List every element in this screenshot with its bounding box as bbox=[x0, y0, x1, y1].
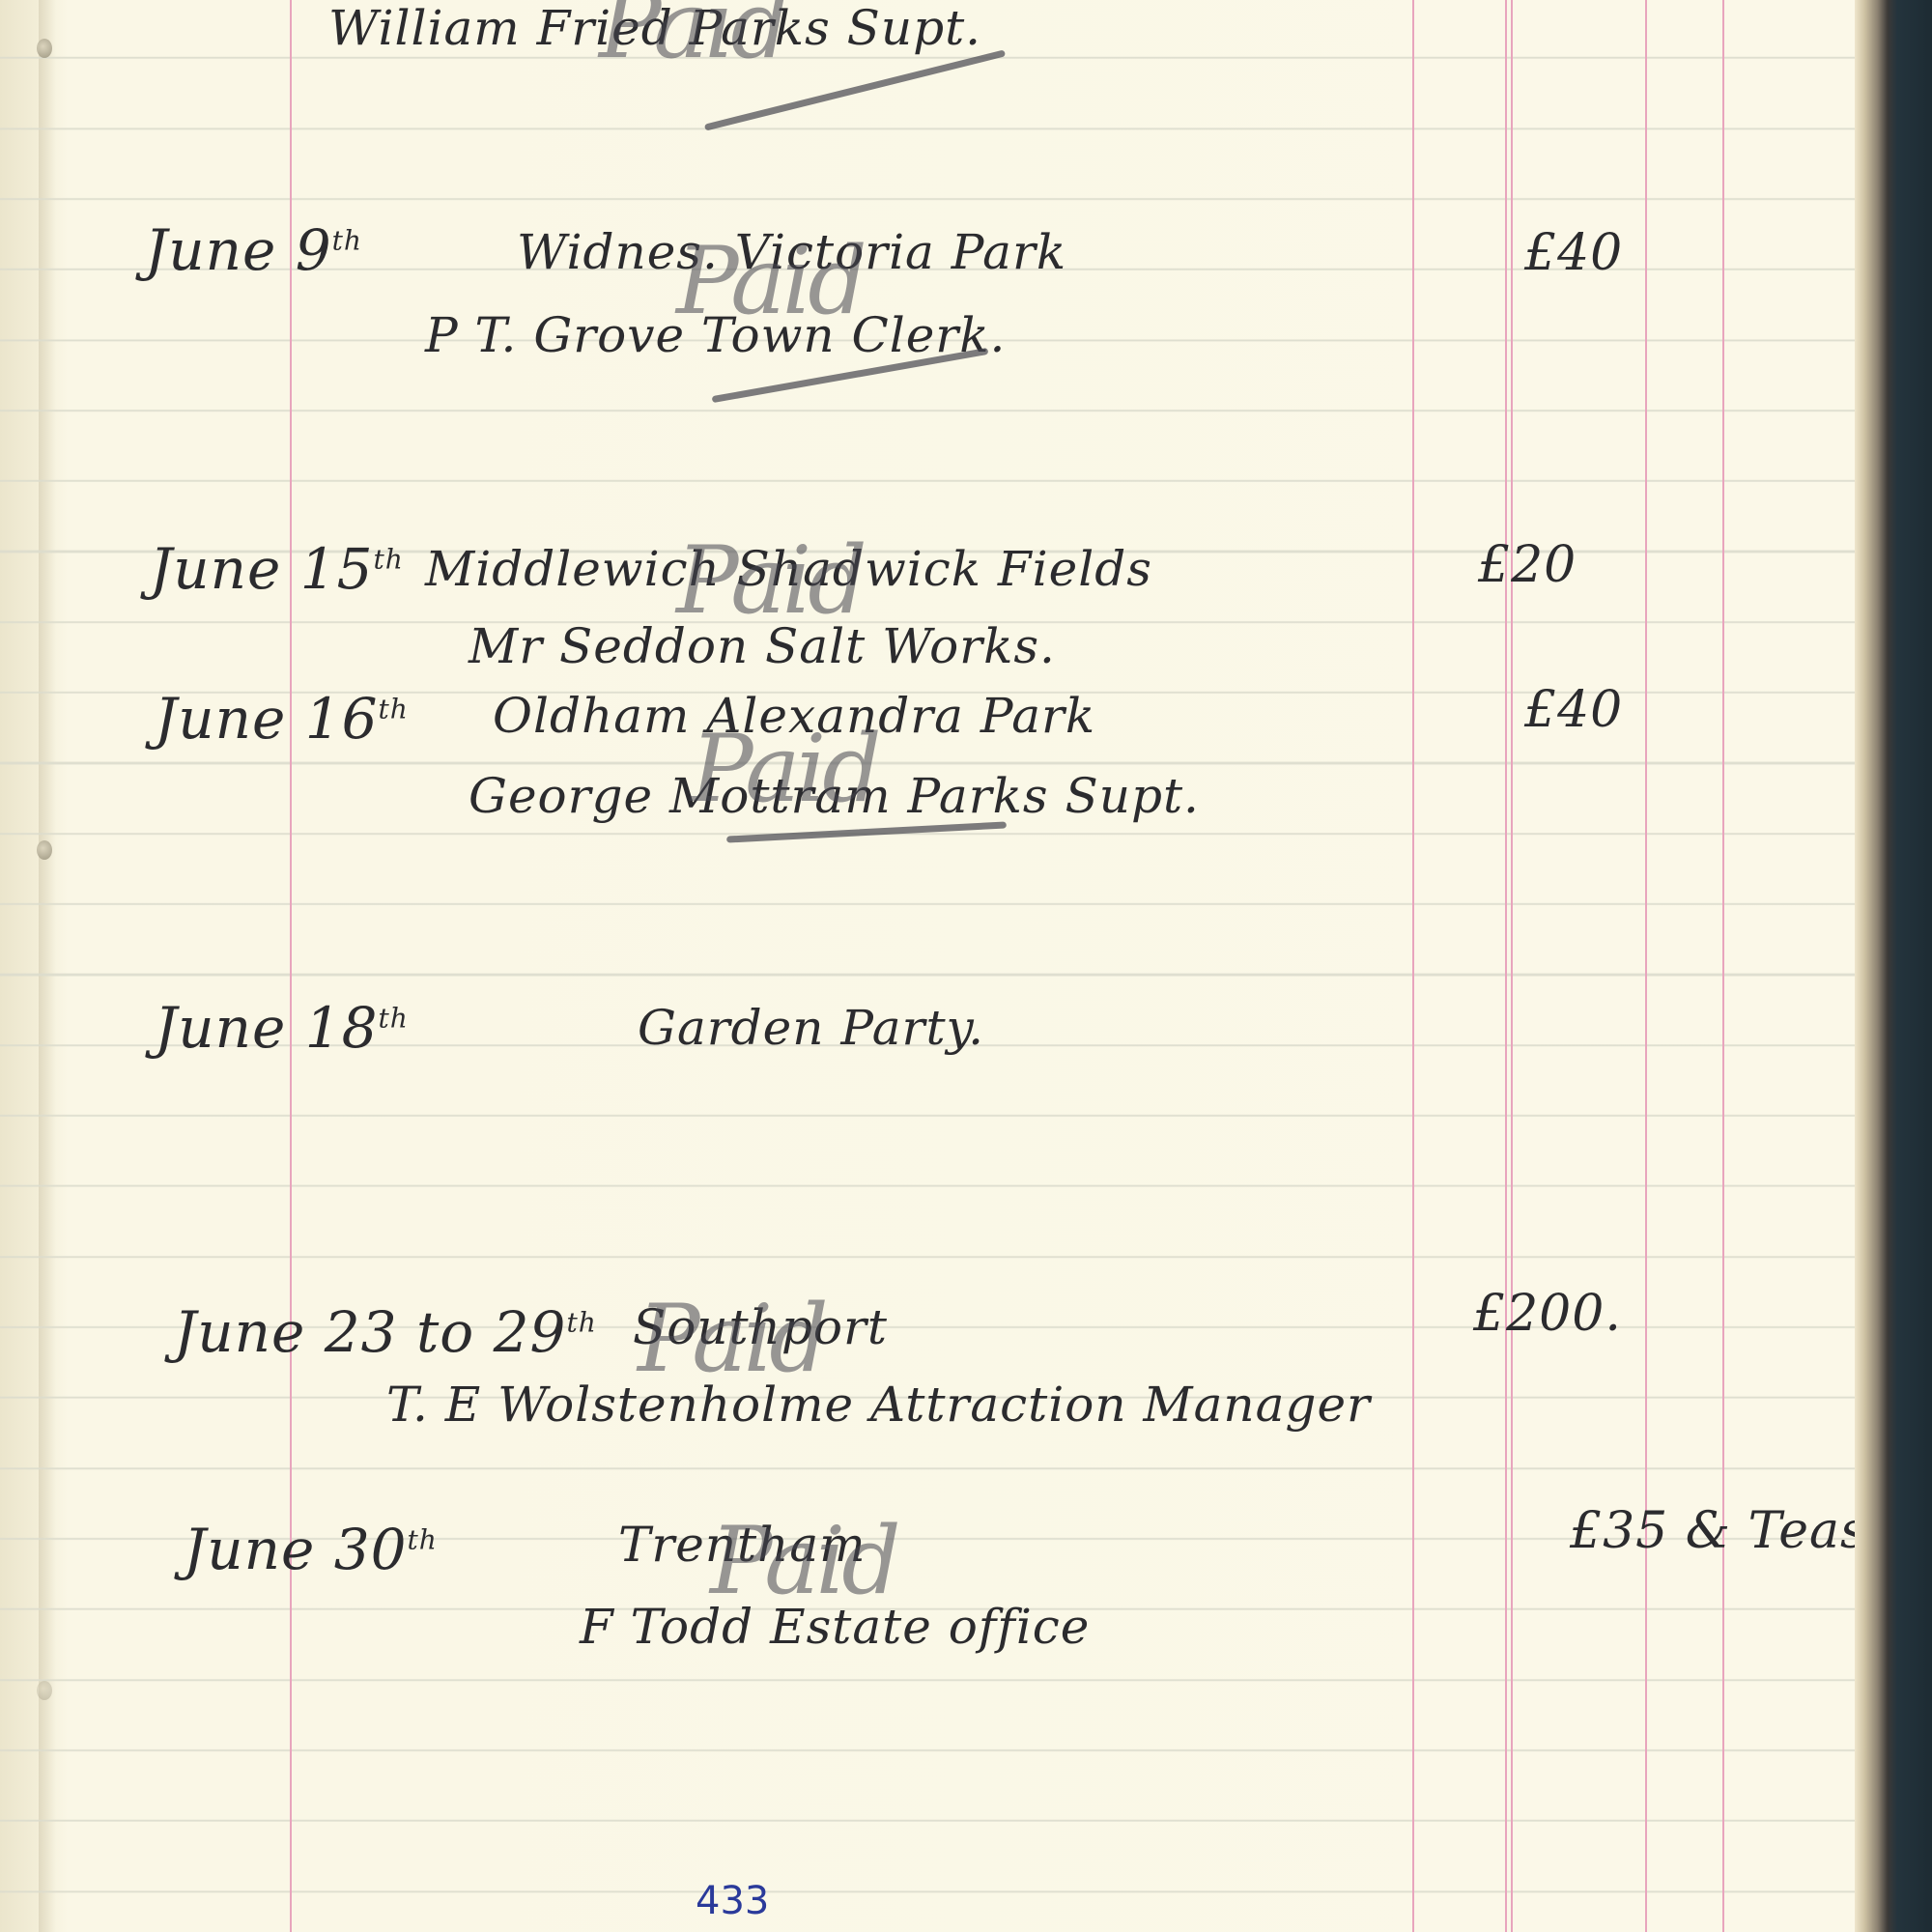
date-day: June 9 bbox=[145, 217, 332, 283]
page-number: 433 bbox=[696, 1879, 769, 1923]
paid-stamp: Paid bbox=[599, 0, 786, 79]
date-day: June 15 bbox=[150, 536, 374, 602]
entry-line: Garden Party. bbox=[638, 1000, 984, 1056]
date-suffix: th bbox=[408, 1524, 438, 1556]
column-rule-4 bbox=[1722, 0, 1724, 1932]
entry-amount: £200. bbox=[1473, 1285, 1622, 1343]
binding-hole bbox=[37, 1681, 52, 1700]
margin-rule-left bbox=[290, 0, 292, 1932]
column-rule-1 bbox=[1412, 0, 1414, 1932]
entry-amount: £35 & Teas. bbox=[1570, 1502, 1884, 1560]
entry-date: June 30th bbox=[184, 1517, 438, 1582]
paid-stamp: Paid bbox=[638, 1285, 825, 1393]
date-suffix: th bbox=[379, 1003, 409, 1035]
book-binding bbox=[1855, 0, 1932, 1932]
column-rule-2b bbox=[1511, 0, 1513, 1932]
date-suffix: th bbox=[374, 544, 404, 576]
date-suffix: th bbox=[566, 1307, 596, 1339]
date-suffix: th bbox=[379, 694, 409, 725]
paid-stamp: Paid bbox=[676, 526, 864, 635]
entry-date: June 15th bbox=[150, 536, 404, 602]
date-day: June 16 bbox=[155, 686, 379, 752]
date-day: June 30 bbox=[184, 1517, 408, 1582]
date-suffix: th bbox=[332, 225, 362, 257]
date-day: June 23 to 29 bbox=[174, 1299, 566, 1365]
ledger-page: William Fried Parks Supt. Paid June 9th … bbox=[0, 0, 1855, 1932]
entry-line: T. E Wolstenholme Attraction Manager bbox=[386, 1377, 1371, 1433]
column-rule-3 bbox=[1645, 0, 1647, 1932]
binding-hole bbox=[37, 39, 52, 58]
entry-date: June 16th bbox=[155, 686, 409, 752]
binding-hole bbox=[37, 840, 52, 860]
entry-date: June 9th bbox=[145, 217, 362, 283]
paid-stamp: Paid bbox=[710, 1507, 897, 1615]
entry-date: June 18th bbox=[155, 995, 409, 1061]
entry-amount: £20 bbox=[1478, 536, 1577, 594]
paid-stamp: Paid bbox=[691, 715, 878, 823]
paid-stamp: Paid bbox=[676, 227, 864, 335]
entry-amount: £40 bbox=[1524, 224, 1623, 282]
entry-date: June 23 to 29th bbox=[174, 1299, 597, 1365]
column-rule-2a bbox=[1505, 0, 1507, 1932]
date-day: June 18 bbox=[155, 995, 379, 1061]
entry-amount: £40 bbox=[1524, 681, 1623, 739]
